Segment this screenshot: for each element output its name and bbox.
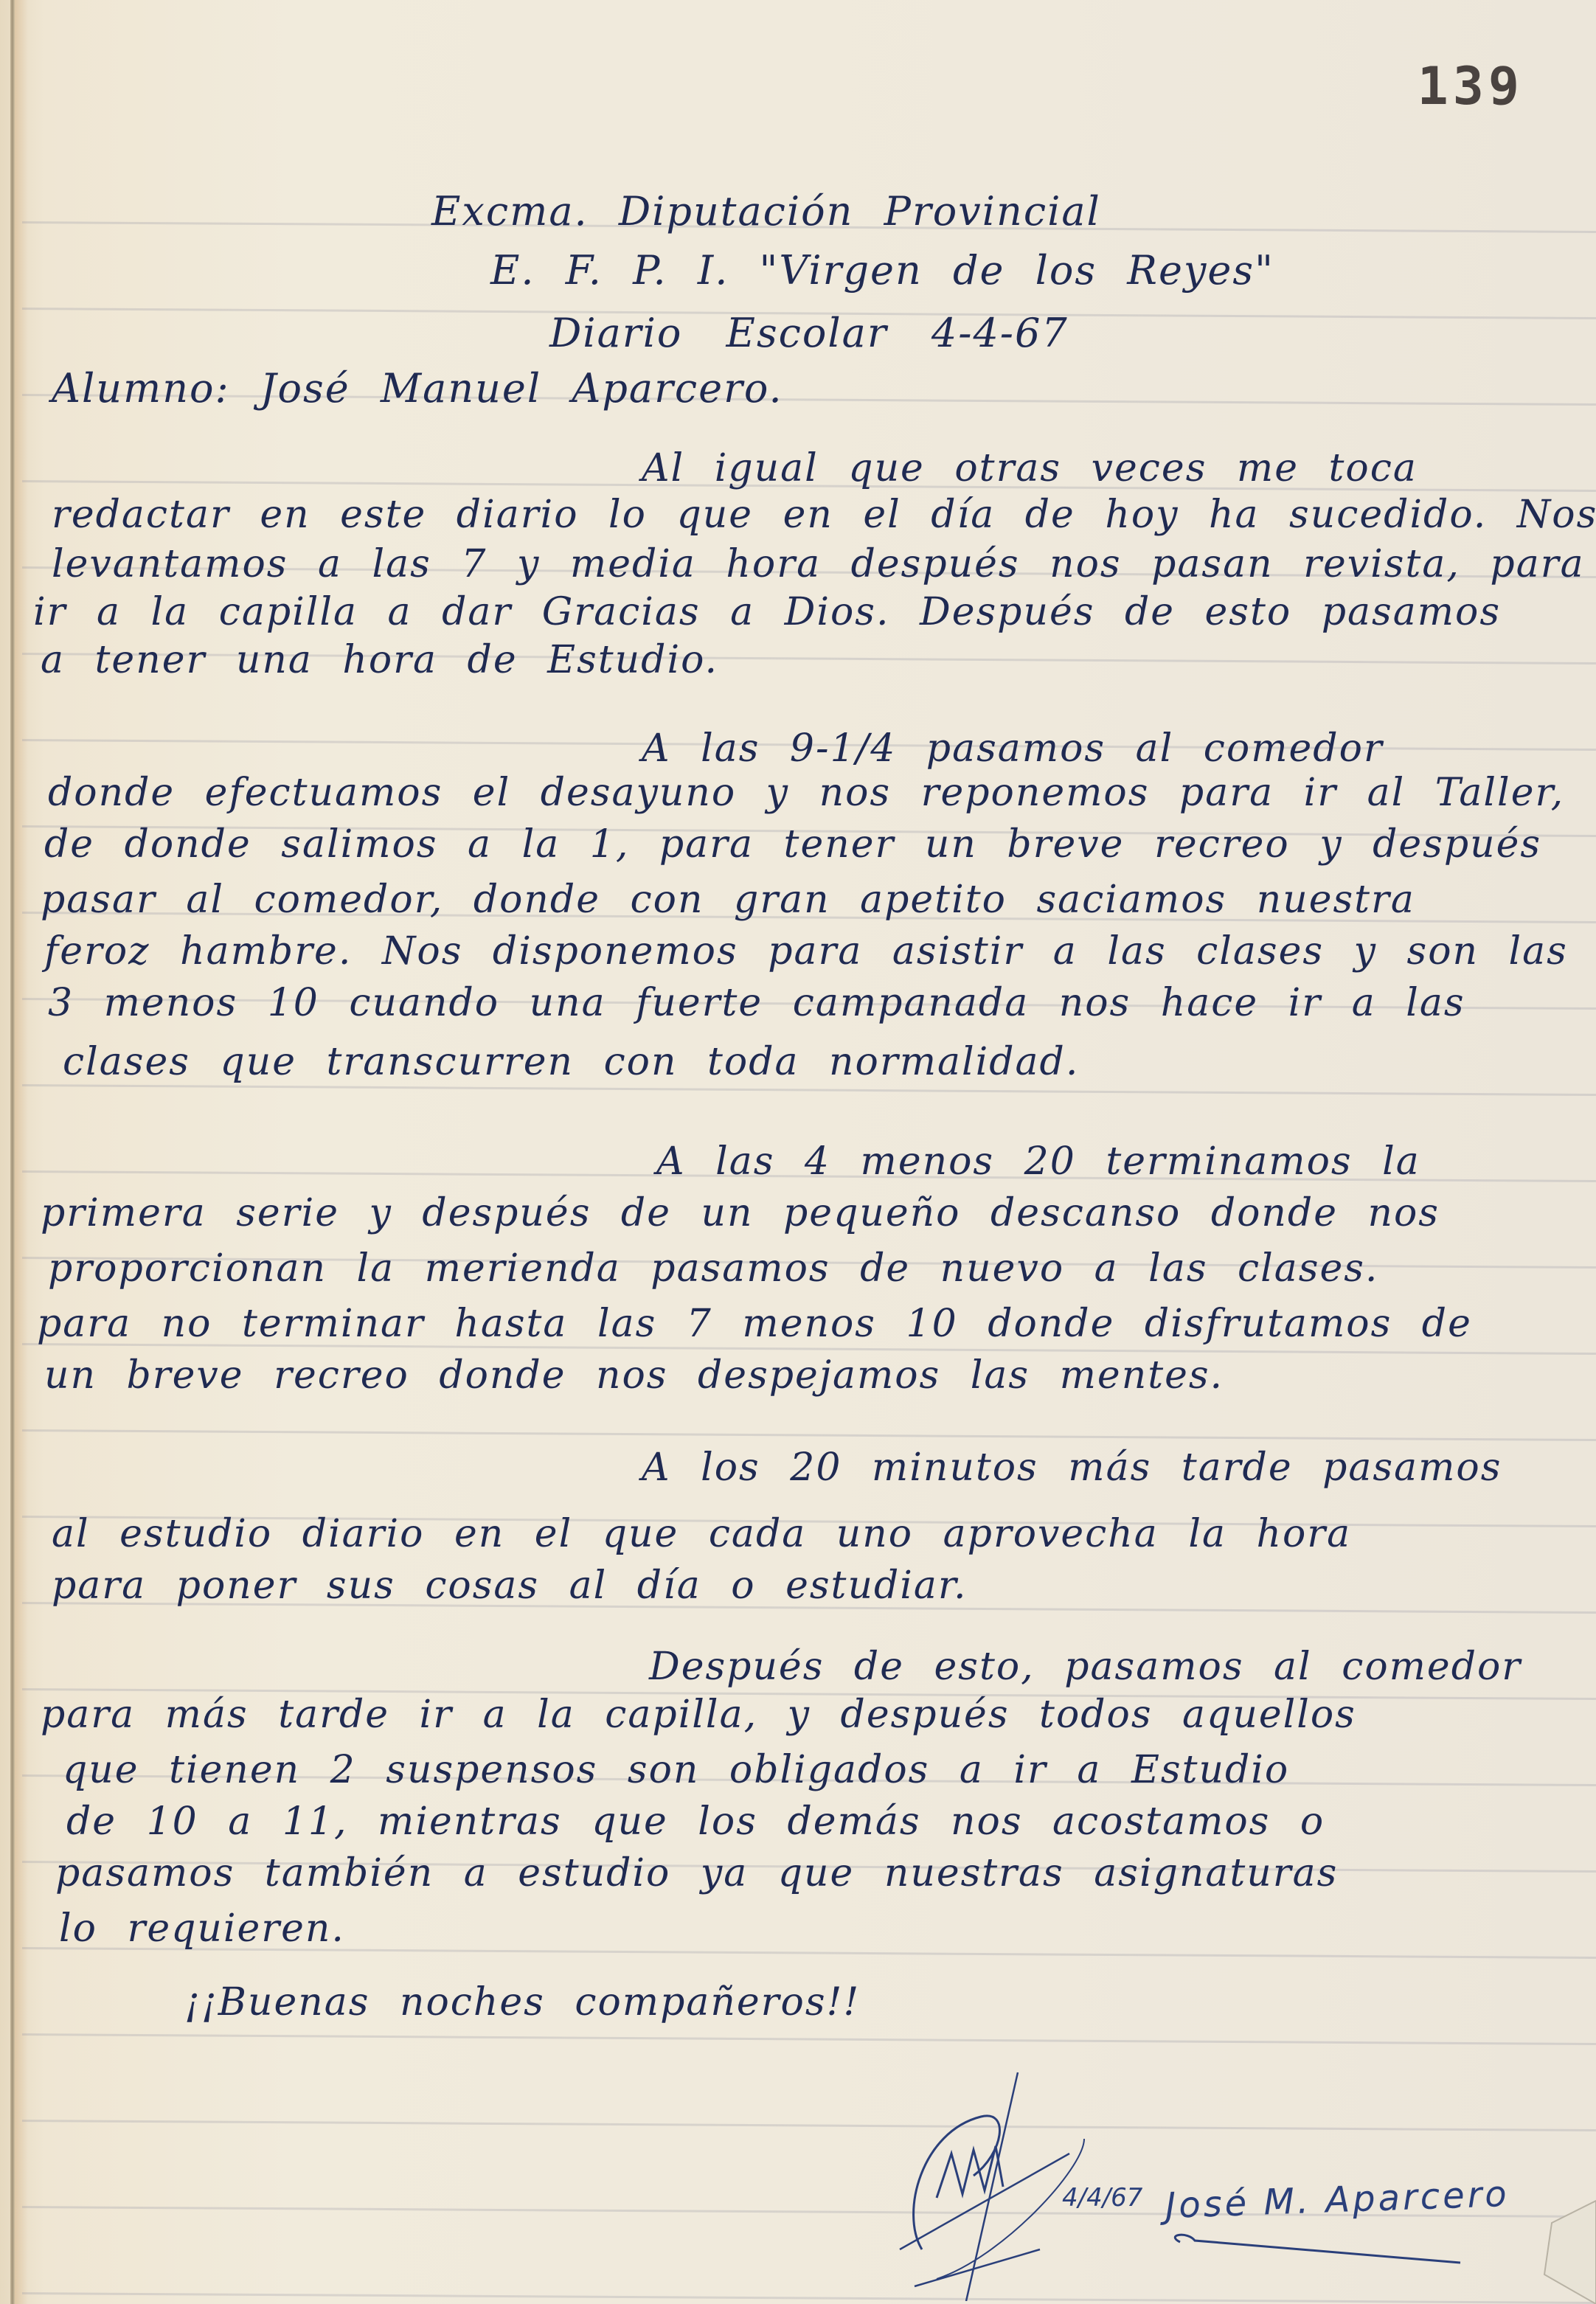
diary-line: levantamos a las 7 y media hora después …	[52, 542, 1585, 586]
diary-line: para poner sus cosas al día o estudiar.	[52, 1564, 968, 1608]
ruled-line	[22, 2033, 1596, 2045]
diary-line: A las 9-1/4 pasamos al comedor	[642, 726, 1384, 771]
diary-line: para no terminar hasta las 7 menos 10 do…	[37, 1302, 1472, 1346]
diary-line: pasar al comedor, donde con gran apetito…	[41, 878, 1415, 922]
diary-line: A los 20 minutos más tarde pasamos	[642, 1446, 1502, 1490]
diary-line: 3 menos 10 cuando una fuerte campanada n…	[48, 981, 1465, 1025]
diary-line: ir a la capilla a dar Gracias a Dios. De…	[33, 590, 1501, 634]
ruled-line	[22, 1429, 1596, 1441]
diary-line: un breve recreo donde nos despejamos las…	[44, 1353, 1224, 1398]
diary-line: al estudio diario en el que cada uno apr…	[52, 1512, 1351, 1556]
signature-scribble	[892, 2065, 1202, 2301]
diary-line: A las 4 menos 20 terminamos la	[656, 1139, 1420, 1184]
ruled-line	[22, 1084, 1596, 1096]
diary-title: Diario Escolar 4-4-67	[549, 310, 1069, 356]
page-number: 139	[1418, 56, 1524, 117]
diary-line: redactar en este diario lo que en el día…	[52, 493, 1596, 537]
diary-line: feroz hambre. Nos disponemos para asisti…	[44, 929, 1568, 974]
notebook-page: 139 Excma. Diputación Provincial E. F. P…	[0, 0, 1596, 2304]
diary-line: pasamos también a estudio ya que nuestra…	[55, 1851, 1338, 1895]
diary-line: Al igual que otras veces me toca	[642, 446, 1418, 490]
ruled-line	[22, 2292, 1596, 2304]
ruled-line	[22, 2120, 1596, 2131]
diary-line: clases que transcurren con toda normalid…	[63, 1040, 1079, 1084]
diary-line: donde efectuamos el desayuno y nos repon…	[48, 771, 1564, 815]
diary-line: Después de esto, pasamos al comedor	[649, 1645, 1522, 1689]
folded-corner	[1537, 2193, 1596, 2304]
diary-line: primera serie y después de un pequeño de…	[41, 1191, 1440, 1235]
student-name: Alumno: José Manuel Aparcero.	[52, 365, 783, 412]
diary-line: para más tarde ir a la capilla, y despué…	[41, 1693, 1356, 1737]
diary-line: proporcionan la merienda pasamos de nuev…	[48, 1246, 1378, 1291]
school-name: E. F. P. I. "Virgen de los Reyes"	[490, 247, 1274, 294]
signature-underline	[1165, 2227, 1475, 2272]
diary-line: que tienen 2 suspensos son obligados a i…	[63, 1748, 1289, 1792]
binding-shadow	[15, 0, 28, 2304]
diary-line: ¡¡Buenas noches compañeros!!	[184, 1980, 860, 2024]
diary-line: de donde salimos a la 1, para tener un b…	[44, 822, 1541, 867]
institution-heading: Excma. Diputación Provincial	[431, 188, 1101, 235]
signature-name: José M. Aparcero	[1165, 2173, 1510, 2227]
diary-line: de 10 a 11, mientras que los demás nos a…	[66, 1800, 1325, 1844]
diary-line: lo requieren.	[59, 1906, 345, 1951]
diary-line: a tener una hora de Estudio.	[41, 638, 718, 682]
signature-date: 4/4/67	[1062, 2183, 1142, 2213]
